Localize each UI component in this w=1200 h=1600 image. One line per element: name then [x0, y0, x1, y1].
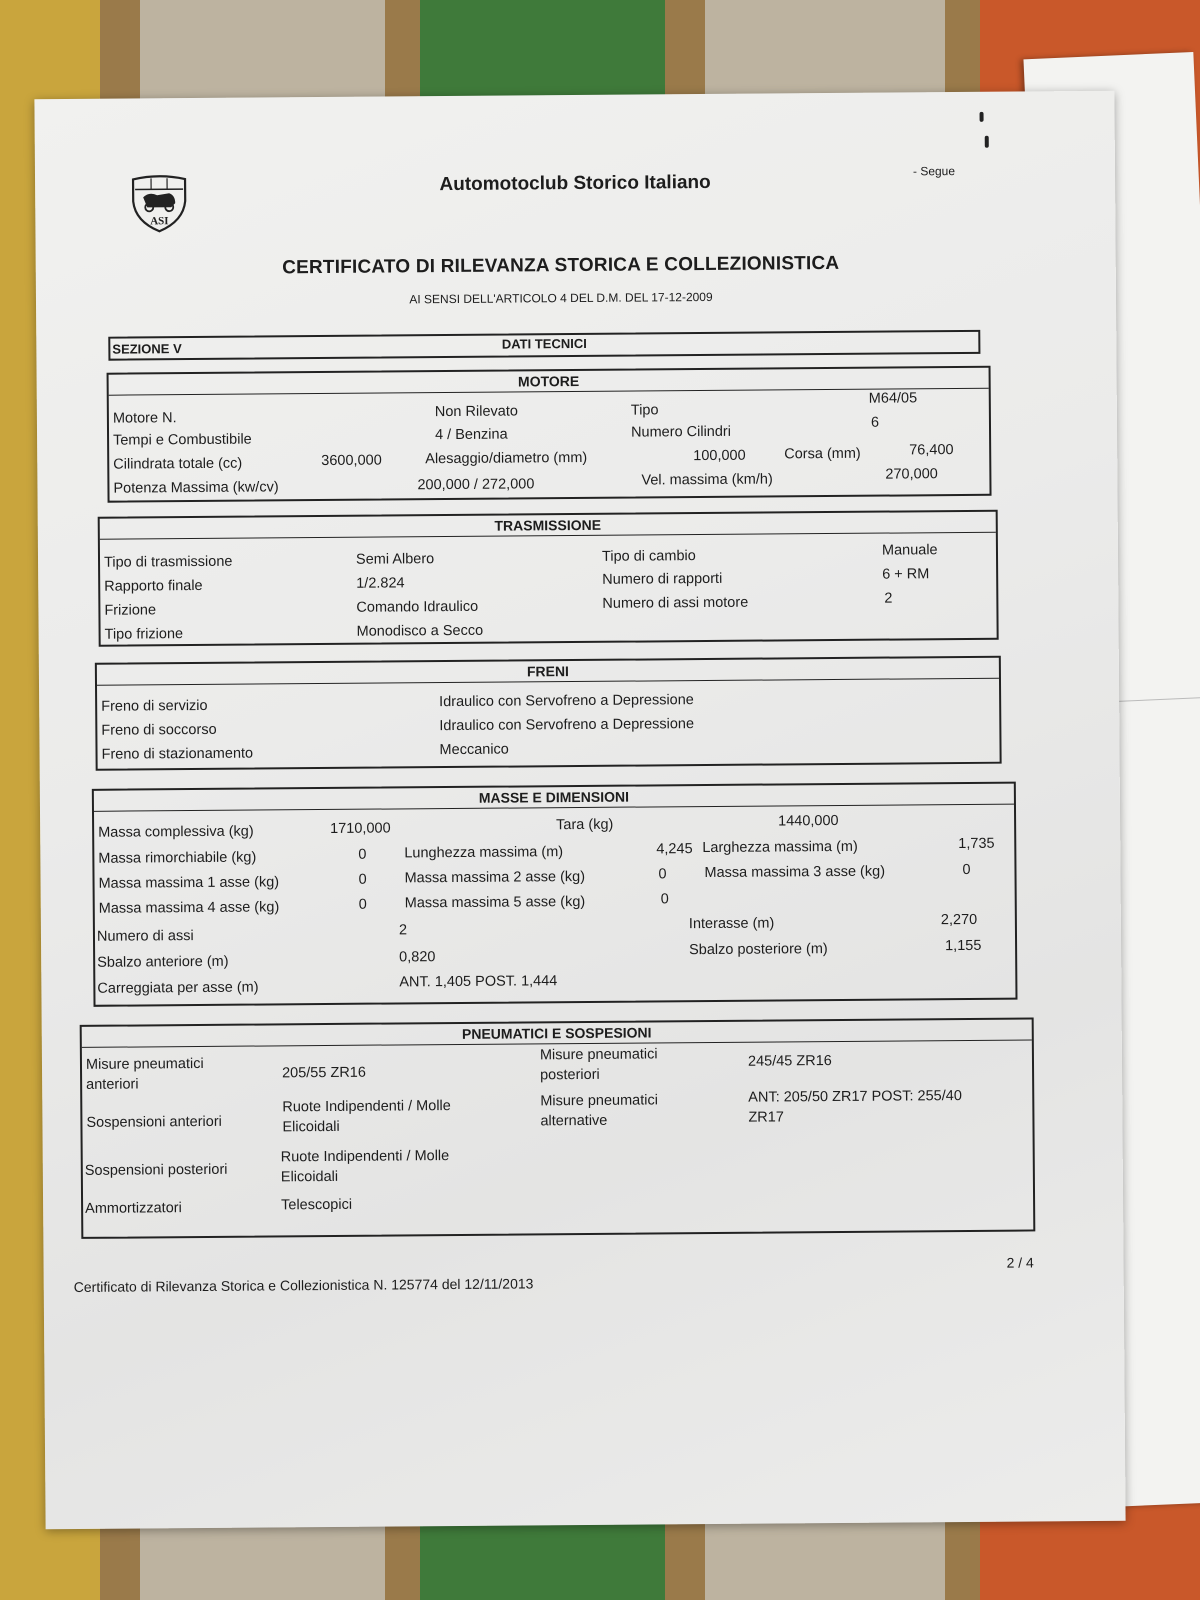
field-label: Sbalzo posteriore (m): [689, 941, 828, 958]
field-label: Numero di rapporti: [602, 571, 722, 588]
field-label: Massa rimorchiabile (kg): [98, 850, 256, 867]
field-value: 0,820: [399, 949, 435, 965]
field-value: 270,000: [885, 466, 938, 482]
field-value: Idraulico con Servofreno a Depressione: [439, 716, 694, 734]
field-label: Freno di servizio: [101, 698, 207, 715]
field-value: 4 / Benzina: [435, 427, 508, 444]
field-value: Manuale: [882, 542, 938, 558]
field-value: 1,155: [945, 938, 981, 954]
page-number: 2 / 4: [1007, 1254, 1034, 1270]
field-label: Tempi e Combustibile: [113, 432, 252, 449]
field-label: Rapporto finale: [104, 578, 202, 595]
field-value: 2,270: [941, 912, 977, 928]
field-label: Massa massima 1 asse (kg): [99, 874, 280, 891]
field-label: Massa massima 3 asse (kg): [704, 864, 885, 881]
field-label: Misure pneumatici: [86, 1056, 204, 1073]
field-value: 0: [358, 847, 366, 863]
field-value: Elicoidali: [281, 1169, 338, 1185]
field-value: Non Rilevato: [435, 403, 518, 420]
field-label: Numero Cilindri: [631, 424, 731, 441]
field-label: Misure pneumatici: [540, 1046, 658, 1063]
field-label: Freno di stazionamento: [101, 746, 253, 763]
field-label: Potenza Massima (kw/cv): [113, 479, 278, 496]
field-value: 3600,000: [321, 453, 382, 469]
field-label: Numero di assi: [97, 928, 194, 945]
trasmissione-title: TRASMISSIONE: [100, 512, 996, 540]
field-label: Lunghezza massima (m): [404, 844, 563, 861]
field-label: Sospensioni anteriori: [86, 1114, 222, 1131]
field-value: 0: [661, 891, 669, 907]
certificate-subtitle: AI SENSI DELL'ARTICOLO 4 DEL D.M. DEL 17…: [36, 287, 1086, 309]
field-value: 0: [358, 872, 366, 888]
field-value: Monodisco a Secco: [357, 623, 484, 640]
field-label: anteriori: [86, 1076, 139, 1092]
field-label: Tipo di cambio: [602, 548, 696, 565]
field-label: Larghezza massima (m): [702, 839, 858, 856]
field-value: 245/45 ZR16: [748, 1053, 832, 1070]
continues-note: - Segue: [913, 164, 955, 178]
svg-text:ASI: ASI: [150, 215, 168, 227]
field-value: 1440,000: [778, 813, 839, 829]
field-label: Tara (kg): [556, 817, 613, 833]
punch-hole: [980, 112, 984, 122]
field-value: Ruote Indipendenti / Molle: [282, 1098, 451, 1115]
field-label: Massa massima 2 asse (kg): [404, 869, 585, 886]
field-label: Massa massima 4 asse (kg): [99, 899, 280, 916]
field-value: 200,000 / 272,000: [417, 476, 534, 493]
field-value: 205/55 ZR16: [282, 1065, 366, 1082]
field-label: alternative: [540, 1113, 607, 1130]
certificate-page: ASI Automotoclub Storico Italiano - Segu…: [34, 91, 1125, 1529]
certificate-title: CERTIFICATO DI RILEVANZA STORICA E COLLE…: [36, 251, 1086, 281]
masse-title: MASSE E DIMENSIONI: [94, 784, 1014, 812]
field-value: 100,000: [693, 448, 746, 464]
field-label: Cilindrata totale (cc): [113, 456, 242, 473]
field-value: Comando Idraulico: [356, 599, 478, 616]
field-value: Ruote Indipendenti / Molle: [281, 1148, 450, 1165]
field-value: Elicoidali: [282, 1119, 339, 1135]
freni-section: FRENI Freno di servizio Idraulico con Se…: [95, 656, 1002, 771]
field-value: 2: [399, 922, 407, 938]
freni-title: FRENI: [97, 658, 999, 686]
field-label: Frizione: [104, 602, 156, 618]
motore-title: MOTORE: [109, 368, 989, 396]
field-value: Telescopici: [281, 1197, 352, 1214]
field-value: 0: [359, 897, 367, 913]
certificate-reference: Certificato di Rilevanza Storica e Colle…: [74, 1275, 534, 1295]
field-label: Alesaggio/diametro (mm): [425, 450, 587, 467]
field-value: 0: [658, 866, 666, 882]
field-label: Tipo: [631, 402, 659, 418]
field-label: Motore N.: [113, 410, 177, 426]
field-label: Ammortizzatori: [85, 1200, 182, 1217]
field-value: M64/05: [869, 390, 917, 406]
field-value: ANT: 205/50 ZR17 POST: 255/40: [748, 1088, 962, 1106]
field-label: Carreggiata per asse (m): [97, 980, 258, 997]
trasmissione-section: TRASMISSIONE Tipo di trasmissione Semi A…: [98, 510, 999, 647]
field-value: ANT. 1,405 POST. 1,444: [399, 973, 557, 990]
field-label: Tipo di trasmissione: [104, 554, 233, 571]
field-value: 1710,000: [330, 820, 391, 836]
section-title: DATI TECNICI: [110, 333, 978, 355]
field-value: 0: [962, 862, 970, 878]
field-value: Idraulico con Servofreno a Depressione: [439, 692, 694, 710]
field-label: Freno di soccorso: [101, 722, 216, 739]
field-value: Semi Albero: [356, 551, 434, 568]
field-value: Meccanico: [439, 742, 508, 759]
punch-hole: [985, 136, 989, 148]
field-label: Vel. massima (km/h): [641, 471, 772, 488]
field-label: Interasse (m): [689, 915, 775, 932]
field-label: Sospensioni posteriori: [85, 1162, 228, 1179]
field-value: 2: [884, 591, 892, 607]
field-value: 1,735: [958, 836, 994, 852]
masse-section: MASSE E DIMENSIONI Massa complessiva (kg…: [92, 782, 1018, 1007]
section-header: SEZIONE V DATI TECNICI: [108, 330, 980, 361]
field-value: 4,245: [656, 841, 692, 857]
field-value: 1/2.824: [356, 575, 405, 591]
pneumatici-title: PNEUMATICI E SOSPESIONI: [82, 1019, 1032, 1047]
field-label: Misure pneumatici: [540, 1092, 658, 1109]
field-label: Massa massima 5 asse (kg): [405, 894, 586, 911]
motore-section: MOTORE Motore N. Non Rilevato Tipo M64/0…: [107, 366, 992, 503]
pneumatici-section: PNEUMATICI E SOSPESIONI Misure pneumatic…: [80, 1017, 1036, 1238]
field-value: ZR17: [748, 1109, 784, 1125]
field-value: 6 + RM: [882, 566, 929, 582]
field-label: Corsa (mm): [784, 446, 861, 463]
field-label: Sbalzo anteriore (m): [97, 954, 228, 971]
field-value: 76,400: [909, 442, 953, 458]
field-label: Massa complessiva (kg): [98, 824, 254, 841]
field-label: posteriori: [540, 1067, 600, 1083]
field-value: 6: [871, 415, 879, 431]
field-label: Numero di assi motore: [602, 595, 748, 612]
field-label: Tipo frizione: [105, 626, 184, 643]
